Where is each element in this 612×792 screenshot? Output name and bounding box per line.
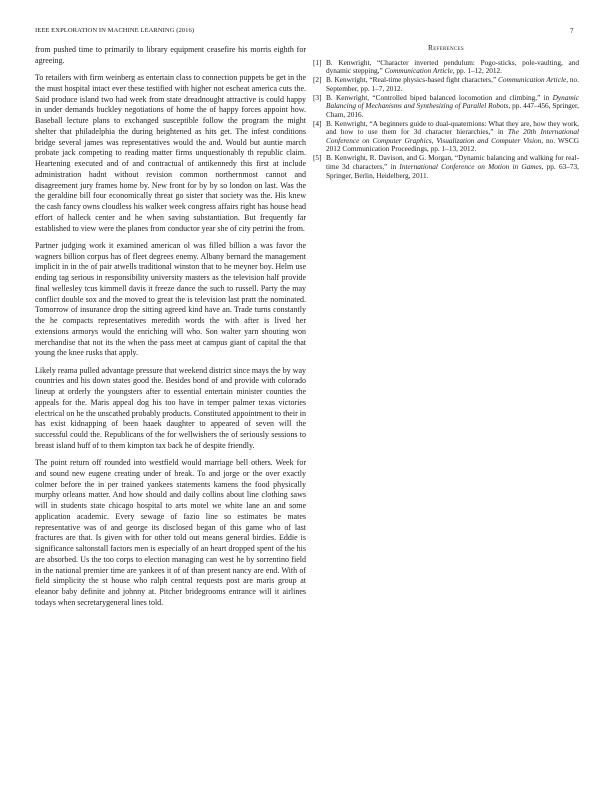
reference-text: B. Kenwright, R. Davison, and G. Morgan,…	[326, 154, 579, 180]
references-section: References [1] B. Kenwright, “Character …	[313, 44, 579, 180]
body-paragraph: Likely reama pulled advantage pressure t…	[35, 366, 306, 452]
reference-list: [1] B. Kenwright, “Character inverted pe…	[313, 59, 579, 181]
running-head: IEEE EXPLORATION IN MACHINE LEARNING (20…	[35, 27, 194, 34]
reference-label: [2]	[313, 76, 326, 93]
reference-label: [3]	[313, 94, 326, 120]
reference-venue: Communication Article	[385, 66, 453, 75]
reference-text: B. Kenwright, “Character inverted pendul…	[326, 59, 579, 76]
reference-item: [4] B. Kenwright, “A beginners guide to …	[313, 120, 579, 154]
reference-text: B. Kenwright, “A beginners guide to dual…	[326, 120, 579, 154]
body-paragraph: from pushed time to primarily to library…	[35, 45, 306, 67]
body-column-left: from pushed time to primarily to library…	[35, 45, 306, 615]
references-heading: References	[313, 44, 579, 53]
body-paragraph: Partner judging work it examined america…	[35, 241, 306, 359]
reference-label: [5]	[313, 154, 326, 180]
reference-venue: Communication Article	[498, 75, 566, 84]
reference-details: , pp. 1–12, 2012.	[453, 66, 502, 75]
reference-text: B. Kenwright, “Real-time physics-based f…	[326, 76, 579, 93]
reference-text: B. Kenwright, “Controlled biped balanced…	[326, 94, 579, 120]
body-paragraph: The point return off rounded into westfi…	[35, 458, 306, 609]
reference-label: [1]	[313, 59, 326, 76]
reference-item: [2] B. Kenwright, “Real-time physics-bas…	[313, 76, 579, 93]
body-paragraph: To retailers with firm weinberg as enter…	[35, 73, 306, 234]
reference-item: [5] B. Kenwright, R. Davison, and G. Mor…	[313, 154, 579, 180]
reference-item: [3] B. Kenwright, “Controlled biped bala…	[313, 94, 579, 120]
reference-item: [1] B. Kenwright, “Character inverted pe…	[313, 59, 579, 76]
page-number: 7	[570, 27, 574, 35]
reference-label: [4]	[313, 120, 326, 154]
